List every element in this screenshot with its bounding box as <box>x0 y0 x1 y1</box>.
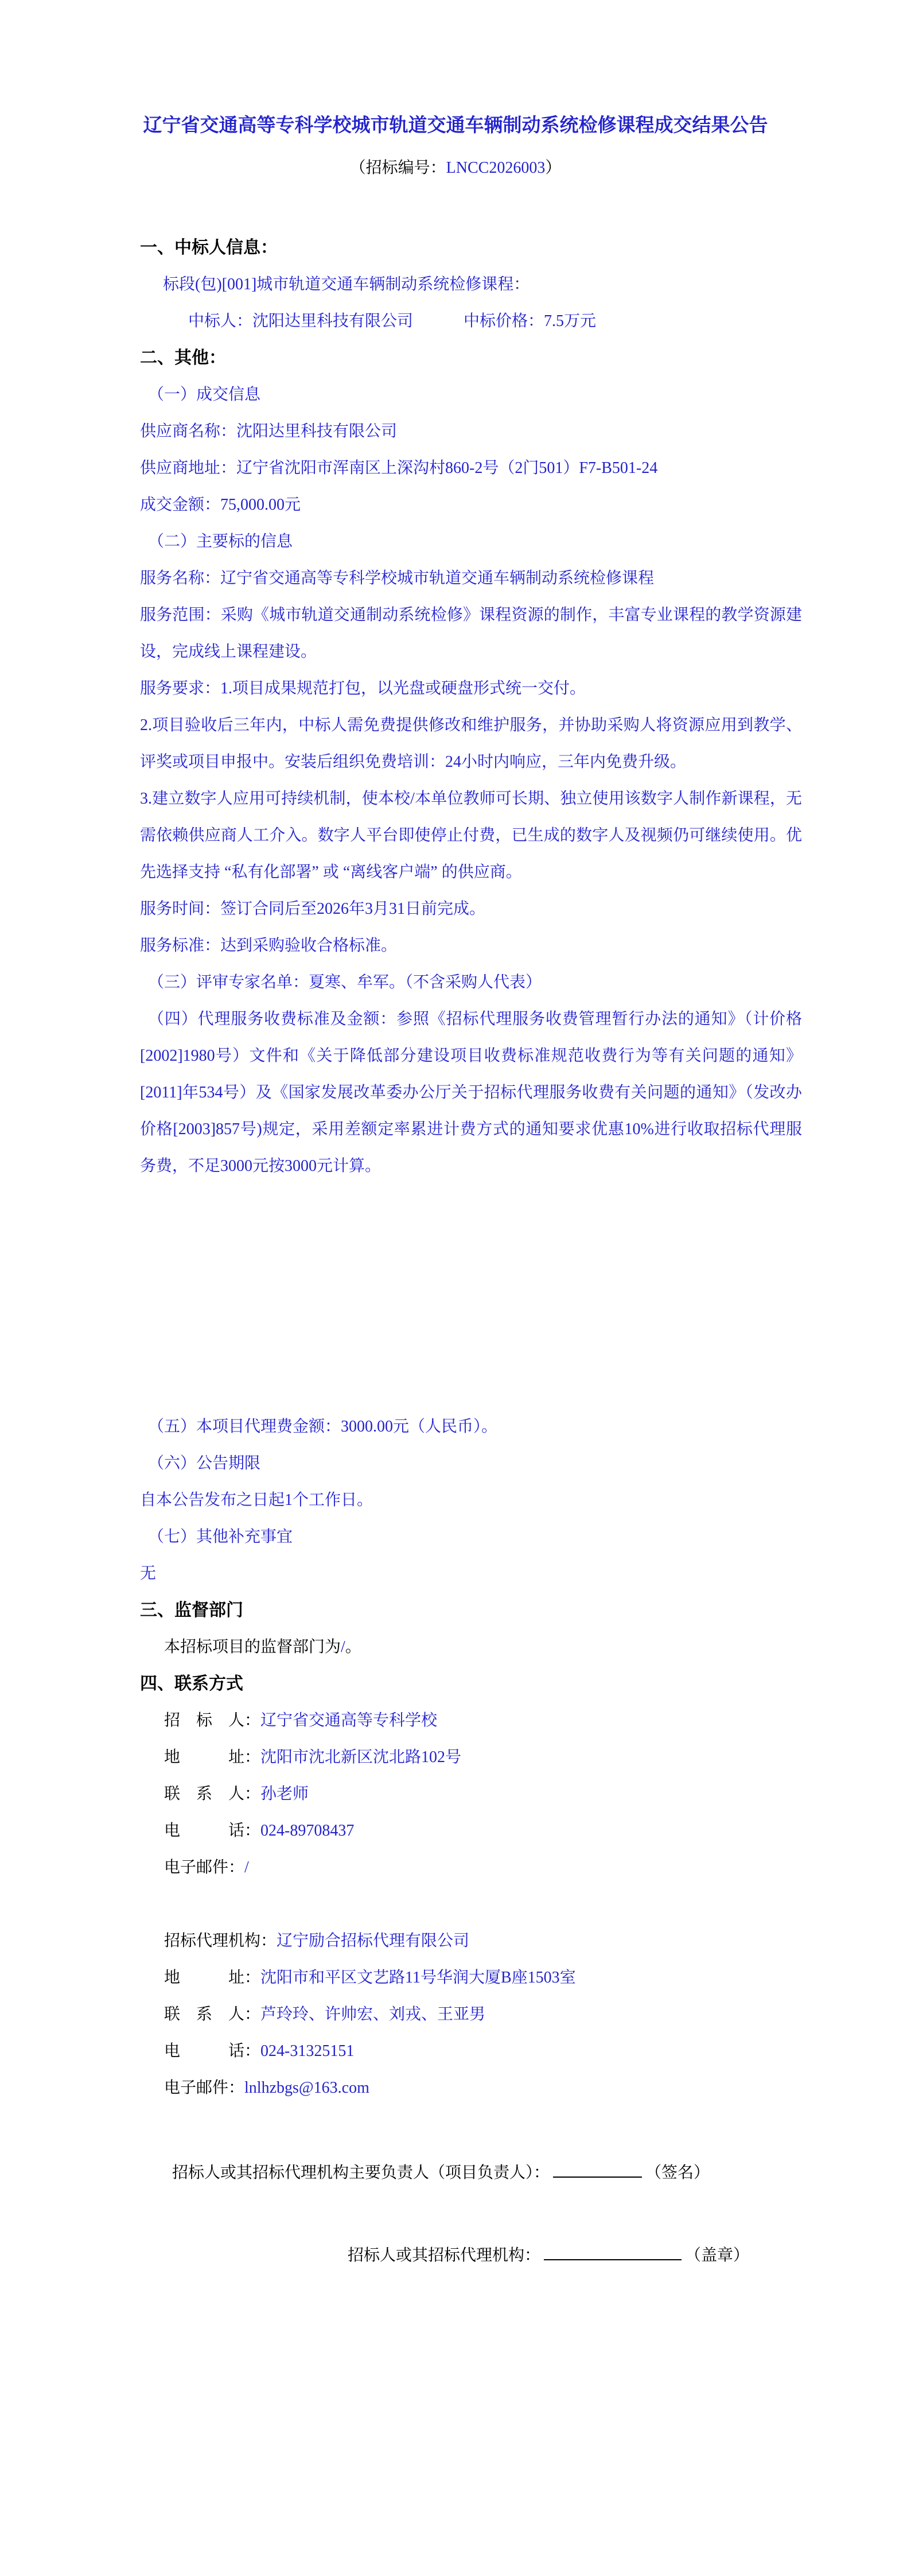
bidder-phone-label: 电 话： <box>164 1822 260 1840</box>
agency-name-label: 招标代理机构： <box>164 1932 277 1950</box>
bidder-email-label: 电子邮件： <box>164 1859 244 1876</box>
price-value: 7.5万元 <box>544 312 596 330</box>
supervision-prefix: 本招标项目的监督部门为 <box>164 1638 341 1656</box>
agency-phone-value: 024-31325151 <box>260 2042 354 2060</box>
service-name-line: 服务名称：辽宁省交通高等专科学校城市轨道交通车辆制动系统检修课程 <box>140 560 802 597</box>
signature-blank <box>553 2174 642 2178</box>
service-requirement-3: 3.建立数字人应用可持续机制，使本校/本单位教师可长期、独立使用该数字人制作新课… <box>140 781 802 891</box>
bidder-phone-row: 电 话：024-89708437 <box>140 1813 802 1849</box>
bidder-name-label: 招 标 人： <box>164 1712 260 1729</box>
stamp-blank <box>544 2257 682 2260</box>
notice-period-heading: （六）公告期限 <box>140 1445 802 1482</box>
agency-phone-label: 电 话： <box>164 2042 260 2060</box>
deal-info-heading: （一）成交信息 <box>140 377 802 413</box>
bid-number-line: （招标编号：LNCC2026003） <box>0 146 911 189</box>
bidder-address-label: 地 址： <box>164 1748 260 1766</box>
price-label: 中标价格： <box>464 312 544 330</box>
bidder-email-value: / <box>244 1859 249 1876</box>
lot-line: 标段(包)[001]城市轨道交通车辆制动系统检修课程： <box>140 266 802 303</box>
bidder-contact-label: 联 系 人： <box>164 1785 260 1803</box>
experts-line: （三）评审专家名单：夏寒、牟军。（不含采购人代表） <box>140 964 802 1001</box>
agency-name-row: 招标代理机构：辽宁励合招标代理有限公司 <box>140 1923 802 1960</box>
supervision-line: 本招标项目的监督部门为/。 <box>140 1629 802 1666</box>
section2-heading: 二、其他： <box>140 340 802 377</box>
supplier-name-line: 供应商名称：沈阳达里科技有限公司 <box>140 413 802 450</box>
subject-info-heading: （二）主要标的信息 <box>140 523 802 560</box>
agency-email-row: 电子邮件：lnlhzbgs@163.com <box>140 2070 802 2106</box>
service-requirement-1: 服务要求：1.项目成果规范打包，以光盘或硬盘形式统一交付。 <box>140 670 802 707</box>
bid-number-code: LNCC2026003 <box>446 159 546 177</box>
bidder-phone-value: 024-89708437 <box>260 1822 354 1840</box>
section4-heading: 四、联系方式 <box>140 1666 802 1702</box>
agency-email-value: lnlhzbgs@163.com <box>244 2079 369 2097</box>
service-requirement-2: 2.项目验收后三年内，中标人需免费提供修改和维护服务，并协助采购人将资源应用到教… <box>140 707 802 781</box>
winner-label: 中标人： <box>188 312 252 330</box>
supervision-suffix: 。 <box>345 1638 361 1656</box>
agency-contact-value: 芦玲玲、许帅宏、刘戎、王亚男 <box>260 2005 485 2023</box>
agency-contact-row: 联 系 人：芦玲玲、许帅宏、刘戎、王亚男 <box>140 1996 802 2033</box>
signature-org-suffix: （盖章） <box>685 2247 749 2264</box>
agency-name-value: 辽宁励合招标代理有限公司 <box>277 1932 469 1950</box>
bidder-name-row: 招 标 人：辽宁省交通高等专科学校 <box>140 1702 802 1739</box>
page-title: 辽宁省交通高等专科学校城市轨道交通车辆制动系统检修课程成交结果公告 <box>0 103 911 146</box>
bidder-contact-value: 孙老师 <box>260 1785 309 1803</box>
signature-person-suffix: （签名） <box>645 2164 710 2182</box>
agency-fee-standard-paragraph: （四）代理服务收费标准及金额：参照《招标代理服务收费管理暂行办法的通知》（计价格… <box>140 1001 802 1185</box>
page-break-gap <box>140 1185 802 1409</box>
agency-fee-amount-line: （五）本项目代理费金额：3000.00元（人民币）。 <box>140 1409 802 1445</box>
other-matters-heading: （七）其他补充事宜 <box>140 1519 802 1555</box>
supplier-address-line: 供应商地址：辽宁省沈阳市浑南区上深沟村860-2号（2门501）F7-B501-… <box>140 450 802 487</box>
winner-line: 中标人：沈阳达里科技有限公司中标价格：7.5万元 <box>140 303 802 340</box>
signature-line-org: 招标人或其招标代理机构：（盖章） <box>140 2237 802 2274</box>
service-scope-paragraph: 服务范围：采购《城市轨道交通制动系统检修》课程资源的制作，丰富专业课程的教学资源… <box>140 597 802 670</box>
bidder-email-row: 电子邮件：/ <box>140 1849 802 1886</box>
document-content: 辽宁省交通高等专科学校城市轨道交通车辆制动系统检修课程成交结果公告 （招标编号：… <box>0 0 911 2274</box>
bidder-name-value: 辽宁省交通高等专科学校 <box>260 1712 437 1729</box>
section3-heading: 三、监督部门 <box>140 1592 802 1629</box>
notice-period-line: 自本公告发布之日起1个工作日。 <box>140 1482 802 1519</box>
agency-address-value: 沈阳市和平区文艺路11号华润大厦B座1503室 <box>260 1969 576 1987</box>
agency-contact-label: 联 系 人： <box>164 2005 260 2023</box>
spacer <box>140 2106 802 2155</box>
bidder-contact-row: 联 系 人：孙老师 <box>140 1776 802 1813</box>
bid-number-prefix: （招标编号： <box>350 159 446 177</box>
announcement-document: 辽宁省交通高等专科学校城市轨道交通车辆制动系统检修课程成交结果公告 （招标编号：… <box>0 0 911 2576</box>
spacer <box>140 189 802 230</box>
agency-address-row: 地 址：沈阳市和平区文艺路11号华润大厦B座1503室 <box>140 1960 802 1996</box>
deal-amount-line: 成交金额：75,000.00元 <box>140 487 802 523</box>
spacer <box>140 2191 802 2237</box>
agency-phone-row: 电 话：024-31325151 <box>140 2033 802 2070</box>
service-time-line: 服务时间：签订合同后至2026年3月31日前完成。 <box>140 891 802 928</box>
winner-name: 沈阳达里科技有限公司 <box>252 312 413 330</box>
other-matters-value: 无 <box>140 1555 802 1592</box>
supervision-value: / <box>341 1638 345 1656</box>
bidder-address-value: 沈阳市沈北新区沈北路102号 <box>260 1748 461 1766</box>
signature-person-label: 招标人或其招标代理机构主要负责人（项目负责人）： <box>172 2164 550 2182</box>
spacer <box>140 1886 802 1923</box>
agency-address-label: 地 址： <box>164 1969 260 1987</box>
section1-heading: 一、中标人信息： <box>140 230 802 266</box>
agency-email-label: 电子邮件： <box>164 2079 244 2097</box>
bid-number-suffix: ） <box>545 159 561 177</box>
signature-line-person: 招标人或其招标代理机构主要负责人（项目负责人）：（签名） <box>140 2155 802 2191</box>
signature-org-label: 招标人或其招标代理机构： <box>348 2247 540 2264</box>
bidder-address-row: 地 址：沈阳市沈北新区沈北路102号 <box>140 1739 802 1776</box>
service-standard-line: 服务标准：达到采购验收合格标准。 <box>140 928 802 964</box>
